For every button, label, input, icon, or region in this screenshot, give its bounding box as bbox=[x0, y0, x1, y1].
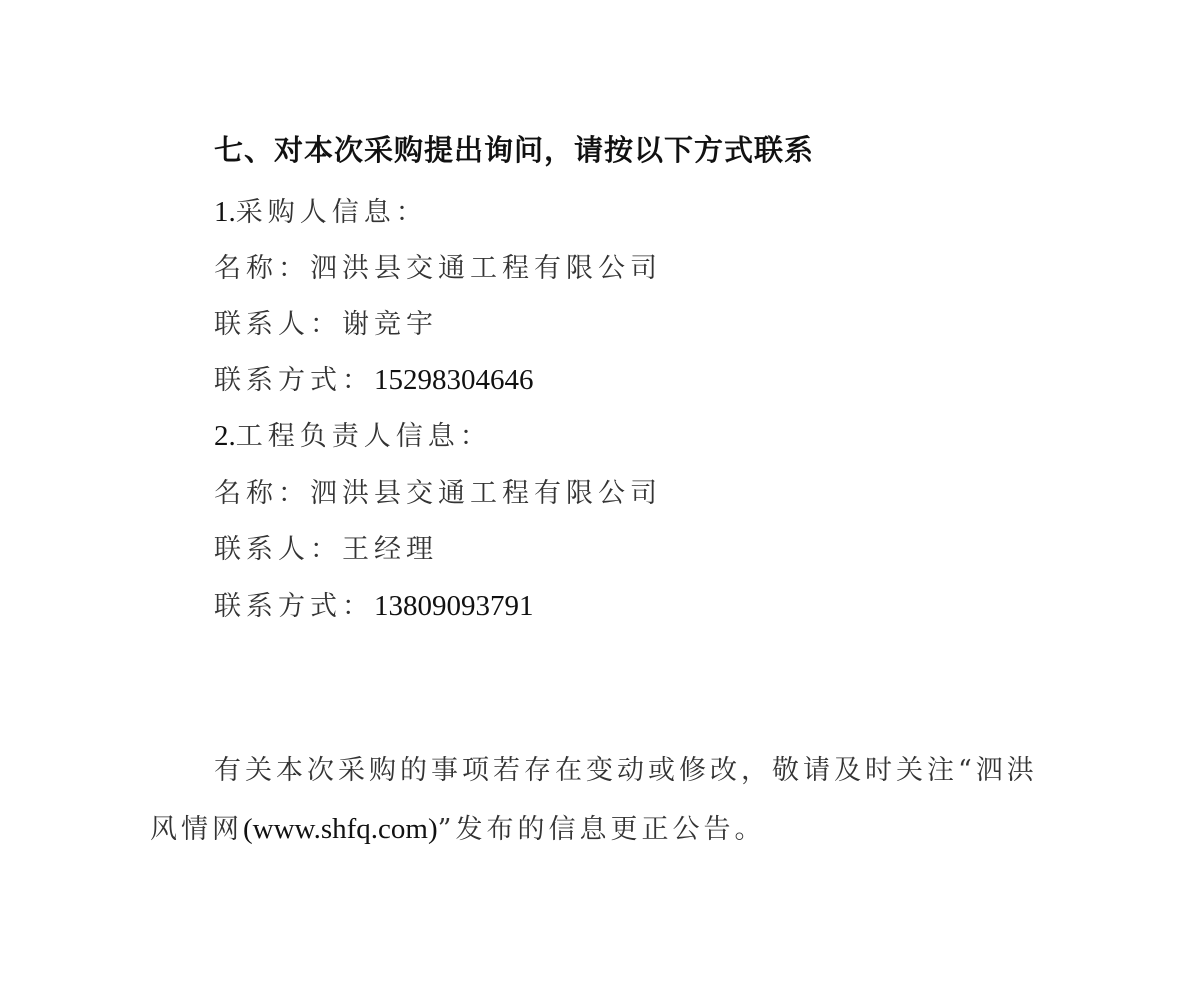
purchaser-title-text: 采购人信息： bbox=[236, 197, 428, 228]
engineer-name-label: 名称： bbox=[214, 478, 310, 509]
purchaser-contact-label: 联系人： bbox=[214, 309, 342, 340]
notice-text-after: ”发布的信息更正公告。 bbox=[438, 814, 766, 845]
purchaser-contact-value: 谢竞宇 bbox=[342, 309, 438, 340]
purchaser-title: 1.采购人信息： bbox=[214, 190, 428, 229]
engineer-title: 2.工程负责人信息： bbox=[214, 414, 492, 453]
purchaser-phone-value: 15298304646 bbox=[374, 364, 534, 396]
engineer-contact-value: 王经理 bbox=[342, 534, 438, 565]
purchaser-name-value: 泗洪县交通工程有限公司 bbox=[310, 253, 662, 284]
purchaser-title-number: 1. bbox=[214, 196, 236, 228]
engineer-name-value: 泗洪县交通工程有限公司 bbox=[310, 478, 662, 509]
section-heading: 七、对本次采购提出询问，请按以下方式联系 bbox=[214, 128, 814, 169]
engineer-phone-value: 13809093791 bbox=[374, 590, 534, 622]
update-notice: 有关本次采购的事项若存在变动或修改，敬请及时关注“泗洪风情网(www.shfq.… bbox=[150, 742, 1050, 859]
engineer-contact: 联系人：王经理 bbox=[214, 527, 438, 566]
engineer-phone: 联系方式：13809093791 bbox=[214, 584, 534, 623]
purchaser-contact: 联系人：谢竞宇 bbox=[214, 302, 438, 341]
engineer-title-text: 工程负责人信息： bbox=[236, 421, 492, 452]
engineer-title-number: 2. bbox=[214, 420, 236, 452]
engineer-phone-label: 联系方式： bbox=[214, 591, 374, 622]
purchaser-phone: 联系方式：15298304646 bbox=[214, 358, 534, 397]
purchaser-phone-label: 联系方式： bbox=[214, 365, 374, 396]
engineer-contact-label: 联系人： bbox=[214, 534, 342, 565]
purchaser-name-label: 名称： bbox=[214, 253, 310, 284]
purchaser-name: 名称：泗洪县交通工程有限公司 bbox=[214, 246, 662, 285]
engineer-name: 名称：泗洪县交通工程有限公司 bbox=[214, 471, 662, 510]
notice-url: (www.shfq.com) bbox=[243, 813, 438, 845]
